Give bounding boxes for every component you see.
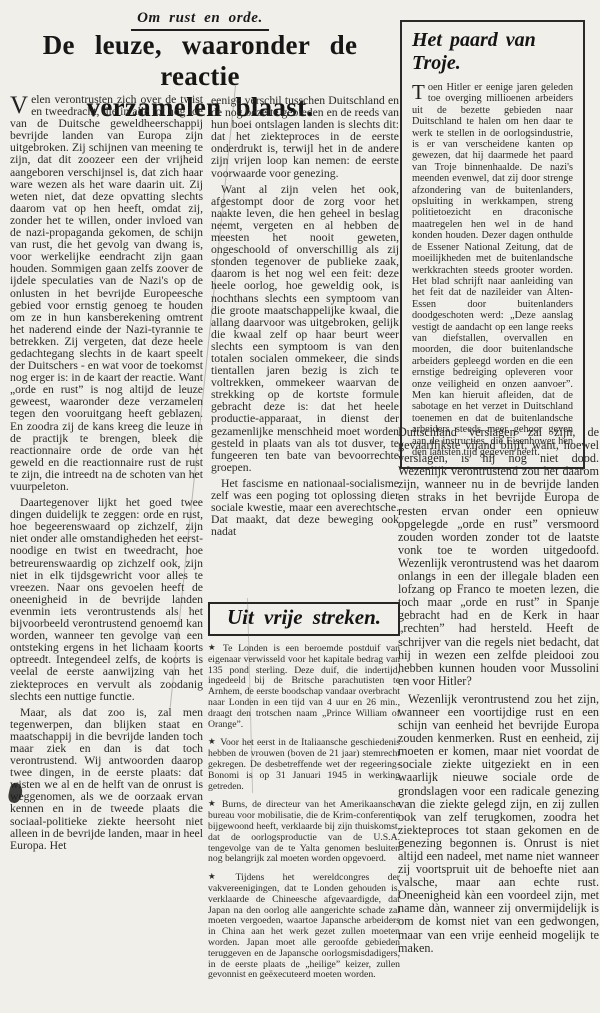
article-paragraph: Daartegenover lijkt het goed twee dingen… (10, 497, 203, 703)
vrije-streken-items: ★Te Londen is een beroemde postduif van … (208, 643, 400, 981)
news-item: ★Tijdens het wereldcongres der vakvereen… (208, 872, 400, 981)
troje-body: Toen Hitler er eenige jaren geleden toe … (412, 82, 573, 458)
star-icon: ★ (208, 736, 216, 746)
vrije-streken-title-box: Uit vrije streken. (208, 602, 400, 636)
article-paragraph: Toen Hitler er eenige jaren geleden toe … (412, 82, 573, 458)
section-kicker: Om rust en orde. (131, 10, 269, 31)
news-item: ★Te Londen is een beroemde postduif van … (208, 643, 400, 730)
newspaper-page: Om rust en orde. De leuze, waaronder de … (0, 0, 600, 1013)
star-icon: ★ (208, 871, 232, 881)
article-paragraph: Het fascisme en nationaal-socialisme zel… (211, 478, 399, 538)
news-item: ★Burns, de directeur van het Amerikaansc… (208, 799, 400, 865)
vrije-streken-title: Uit vrije streken. (227, 605, 381, 629)
article-column-1: Velen verontrusten zich over de twist en… (10, 94, 203, 856)
kicker-wrap: Om rust en orde. (0, 9, 400, 31)
headline-line-1: De leuze, waaronder de reactie (4, 30, 396, 92)
article-column-3: Duitschland verslagen zal zijn, de gevaa… (398, 426, 599, 960)
article-paragraph: Wezenlijk verontrustend zou het zijn, wa… (398, 693, 599, 955)
article-paragraph: Maar, als dat zoo is, zal men tegenwerpe… (10, 707, 203, 852)
drop-cap: V (10, 94, 31, 116)
article-paragraph: Duitschland verslagen zal zijn, de gevaa… (398, 426, 599, 688)
star-icon: ★ (208, 642, 219, 652)
news-item: ★Voor het eerst in de Italiaansche gesch… (208, 737, 400, 792)
article-column-2: eenige verschil tusschen Duitschland en … (211, 95, 399, 542)
troje-title: Het paard van Troje. (412, 29, 573, 75)
vrije-streken-section: Uit vrije streken. ★Te Londen is een ber… (208, 602, 400, 988)
troje-box: Het paard van Troje. Toen Hitler er eeni… (400, 20, 585, 469)
article-paragraph: eenige verschil tusschen Duitschland en … (211, 95, 399, 180)
article-paragraph: Velen verontrusten zich over de twist en… (10, 94, 203, 493)
star-icon: ★ (208, 798, 218, 808)
drop-cap: T (412, 82, 428, 101)
article-paragraph: Want al zijn velen het ook, afgestompt d… (211, 184, 399, 474)
